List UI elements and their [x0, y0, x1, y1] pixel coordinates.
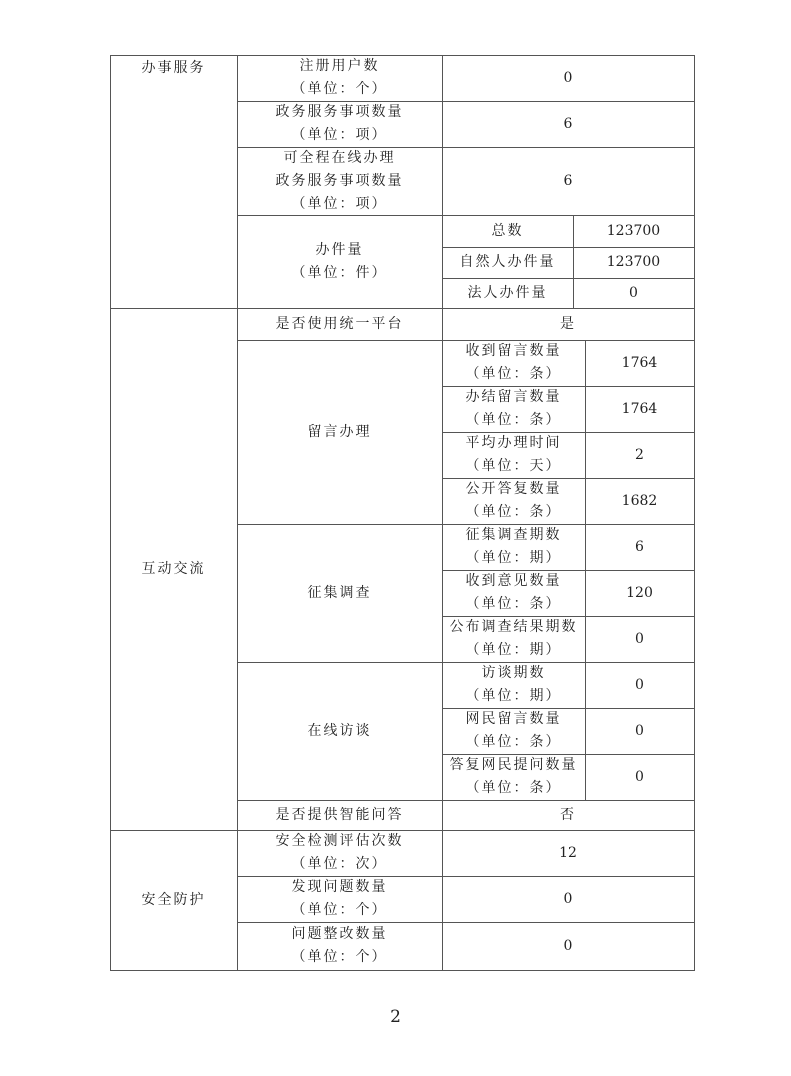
table-border-top: [110, 55, 695, 56]
messages-closed-label: 办结留言数量 （单位：条）: [442, 386, 585, 432]
issues-found-value: 0: [442, 876, 694, 922]
row-divider: [442, 754, 695, 755]
row-divider: [237, 524, 695, 525]
avg-handling-time-value: 2: [585, 432, 694, 478]
public-replies-label: 公开答复数量 （单位：条）: [442, 478, 585, 524]
row-divider: [442, 708, 695, 709]
avg-handling-time-label: 平均办理时间 （单位：天）: [442, 432, 585, 478]
survey-periods-value: 6: [585, 524, 694, 570]
issues-fixed-value: 0: [442, 922, 694, 970]
service-items-value: 6: [442, 101, 694, 147]
interview-periods-label: 访谈期数 （单位：期）: [442, 662, 585, 708]
registered-users-label: 注册用户数 （单位：个）: [237, 55, 442, 101]
opinions-received-value: 120: [585, 570, 694, 616]
opinions-received-label: 收到意见数量 （单位：条）: [442, 570, 585, 616]
col-divider-3a: [573, 215, 574, 308]
case-volume-label: 办件量 （单位：件）: [237, 215, 442, 308]
online-service-items-value: 6: [442, 147, 694, 215]
section-label-security: 安全防护: [110, 830, 237, 970]
case-natural-person-label: 自然人办件量: [442, 247, 573, 278]
case-total-value: 123700: [573, 215, 694, 247]
messages-group-label: 留言办理: [237, 340, 442, 524]
interview-periods-value: 0: [585, 662, 694, 708]
table-border-left: [110, 55, 111, 971]
security-checks-label: 安全检测评估次数 （单位：次）: [237, 830, 442, 876]
row-divider: [442, 432, 695, 433]
survey-results-published-label: 公布调查结果期数 （单位：期）: [442, 616, 585, 662]
survey-group-label: 征集调查: [237, 524, 442, 662]
row-divider: [237, 215, 695, 216]
row-divider: [237, 876, 695, 877]
section-divider: [110, 830, 695, 831]
netizen-replies-label: 答复网民提问数量 （单位：条）: [442, 754, 585, 800]
row-divider: [237, 922, 695, 923]
section-label-text: 办事服务: [142, 57, 206, 80]
row-divider: [442, 616, 695, 617]
online-service-items-label: 可全程在线办理 政务服务事项数量 （单位：项）: [237, 147, 442, 215]
netizen-messages-value: 0: [585, 708, 694, 754]
netizen-messages-label: 网民留言数量 （单位：条）: [442, 708, 585, 754]
row-divider: [237, 101, 695, 102]
survey-periods-label: 征集调查期数 （单位：期）: [442, 524, 585, 570]
col-divider-1: [237, 55, 238, 971]
case-natural-person-value: 123700: [573, 247, 694, 278]
page-number: 2: [0, 1007, 791, 1027]
netizen-replies-value: 0: [585, 754, 694, 800]
table-border-right: [694, 55, 695, 971]
interview-group-label: 在线访谈: [237, 662, 442, 800]
public-replies-value: 1682: [585, 478, 694, 524]
issues-found-label: 发现问题数量 （单位：个）: [237, 876, 442, 922]
smart-qa-label: 是否提供智能问答: [237, 800, 442, 830]
section-label-service: 办事服务: [110, 55, 237, 308]
row-divider: [237, 340, 695, 341]
section-label-interaction: 互动交流: [110, 308, 237, 830]
row-divider: [442, 386, 695, 387]
unified-platform-label: 是否使用统一平台: [237, 308, 442, 340]
row-divider: [237, 147, 695, 148]
issues-fixed-label: 问题整改数量 （单位：个）: [237, 922, 442, 970]
row-divider: [237, 800, 695, 801]
unified-platform-value: 是: [442, 308, 694, 340]
row-divider: [442, 278, 695, 279]
messages-received-value: 1764: [585, 340, 694, 386]
case-legal-person-value: 0: [573, 278, 694, 308]
smart-qa-value: 否: [442, 800, 694, 830]
case-total-label: 总数: [442, 215, 573, 247]
section-divider: [110, 308, 695, 309]
messages-received-label: 收到留言数量 （单位：条）: [442, 340, 585, 386]
case-legal-person-label: 法人办件量: [442, 278, 573, 308]
col-divider-2: [442, 55, 443, 971]
security-checks-value: 12: [442, 830, 694, 876]
row-divider: [442, 247, 695, 248]
row-divider: [442, 478, 695, 479]
row-divider: [237, 662, 695, 663]
registered-users-value: 0: [442, 55, 694, 101]
messages-closed-value: 1764: [585, 386, 694, 432]
service-items-label: 政务服务事项数量 （单位：项）: [237, 101, 442, 147]
table-border-bottom: [110, 970, 695, 971]
survey-results-published-value: 0: [585, 616, 694, 662]
row-divider: [442, 570, 695, 571]
